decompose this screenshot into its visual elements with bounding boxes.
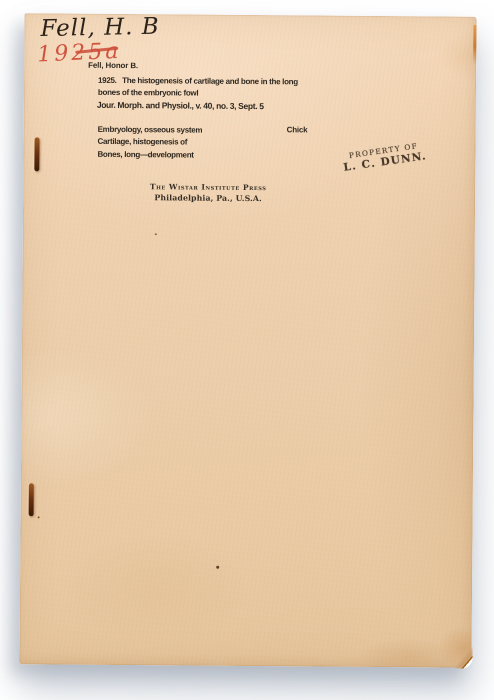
handwritten-author: Fell, H. B — [40, 14, 160, 42]
page-block-edge — [473, 25, 476, 65]
ownership-stamp: PROPERTY OF L. C. DUNN. — [327, 138, 441, 175]
catalog-title-line1: 1925. The histogenesis of cartilage and … — [98, 76, 298, 87]
staple-top — [34, 137, 39, 171]
subject-heading-3: Bones, long—development — [97, 149, 202, 162]
catalog-author: Fell, Honor B. — [88, 61, 138, 70]
catalog-journal-citation: Jour. Morph. and Physiol., v. 40, no. 3,… — [97, 100, 264, 111]
subject-headings: Embryology, osseous system Cartilage, hi… — [97, 124, 202, 162]
paper-speck — [155, 233, 157, 235]
staple-bottom — [29, 483, 34, 516]
corner-fold-bottom-right — [452, 645, 472, 669]
press-name: The Wistar Institute Press — [98, 182, 318, 193]
press-location: Philadelphia, Pa., U.S.A. — [98, 192, 318, 203]
catalog-title-line2: bones of the embryonic fowl — [98, 88, 198, 98]
press-imprint: The Wistar Institute Press Philadelphia,… — [98, 182, 318, 203]
photo-scene: Fell, H. B 1925a Fell, Honor B. 1925. Th… — [0, 0, 494, 700]
paper-grain-texture — [19, 13, 476, 668]
ink-speck — [216, 566, 219, 569]
subject-heading-2: Cartilage, histogenesis of — [98, 136, 203, 149]
pamphlet-cover: Fell, H. B 1925a Fell, Honor B. 1925. Th… — [19, 13, 476, 668]
rust-speck — [38, 516, 40, 518]
subject-heading-1: Embryology, osseous system — [98, 124, 203, 137]
subject-heading-chick: Chick — [287, 125, 308, 134]
paper-stains — [19, 13, 476, 668]
